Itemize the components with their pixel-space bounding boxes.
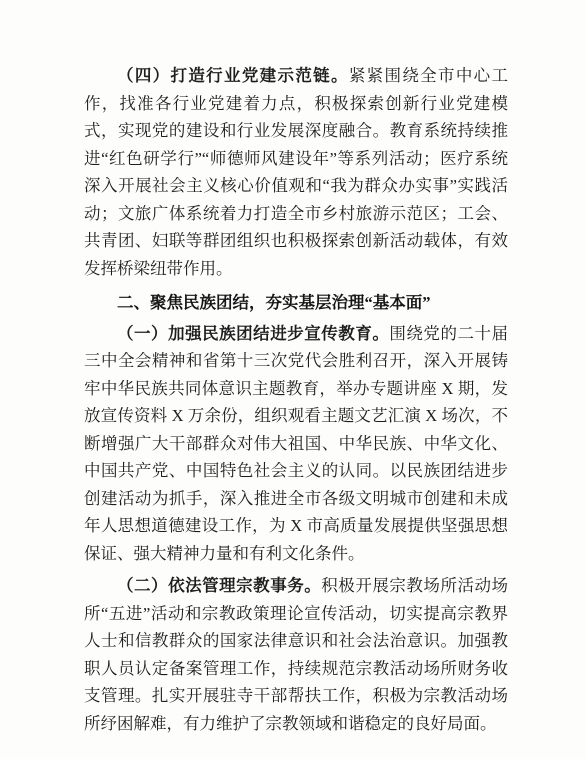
section-2-heading: 二、聚焦民族团结，夯实基层治理“基本面” — [84, 289, 508, 317]
paragraph-ethnic-lead: （一）加强民族团结进步宣传教育。 — [117, 324, 389, 343]
paragraph-ethnic-body: 围绕党的二十届三中全会精神和省第十三次党代会胜利召开，深入开展铸牢中华民族共同体… — [84, 324, 508, 563]
paragraph-industry-body: 紧紧围绕全市中心工作，找准各行业党建着力点，积极探索创新行业党建模式，实现党的建… — [84, 66, 508, 278]
paragraph-ethnic-unity: （一）加强民族团结进步宣传教育。围绕党的二十届三中全会精神和省第十三次党代会胜利… — [84, 320, 508, 568]
report-page: （四）打造行业党建示范链。紧紧围绕全市中心工作，找准各行业党建着力点，积极探索创… — [0, 0, 586, 759]
paragraph-industry-lead: （四）打造行业党建示范链。 — [117, 66, 349, 85]
document-canvas: { "document": { "section_heading": "二、聚焦… — [0, 0, 586, 759]
paragraph-religion-body: 积极开展宗教场所活动场所“五进”活动和宗教政策理论宣传活动，切实提高宗教界人士和… — [84, 576, 508, 733]
paragraph-industry-party-building: （四）打造行业党建示范链。紧紧围绕全市中心工作，找准各行业党建着力点，积极探索创… — [84, 62, 508, 282]
paragraph-religious-affairs: （二）依法管理宗教事务。积极开展宗教场所活动场所“五进”活动和宗教政策理论宣传活… — [84, 572, 508, 737]
paragraph-religion-lead: （二）依法管理宗教事务。 — [117, 576, 321, 595]
